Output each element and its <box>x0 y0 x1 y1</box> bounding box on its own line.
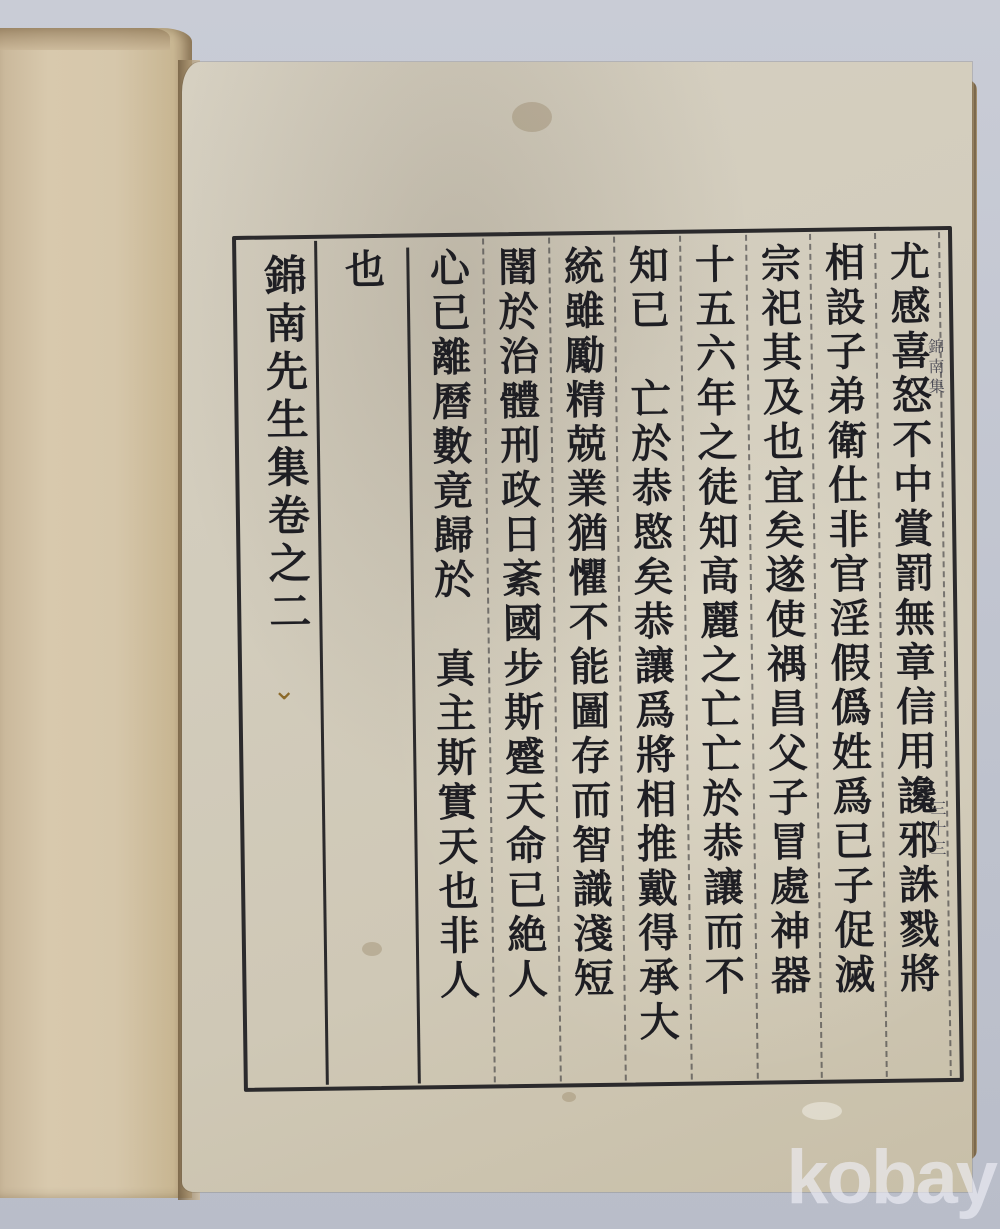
text-column-3: 宗祀其及也宜矣遂使禑昌父子冒處神器 <box>745 242 821 1071</box>
text-column-8: 心已離曆數竟歸於 真主斯實天也非人 <box>414 247 490 1076</box>
paper-wear <box>802 1102 842 1120</box>
paper-stain <box>562 1092 576 1102</box>
column-text: 也 <box>331 248 392 293</box>
text-column-2: 相設子弟衛仕非官淫假僞姓爲已子促滅 <box>809 241 885 1070</box>
column-text: 宗祀其及也宜矣遂使禑昌父子冒處神器 <box>747 242 818 999</box>
page-number: 三十三 <box>926 800 949 860</box>
column-text: 統雖勵精兢業猶懼不能圖存而智識淺短 <box>550 245 621 1002</box>
text-column-9: 也 <box>326 248 408 1077</box>
column-text: 闇於治體刑政日紊國步斯蹙天命已絶人 <box>484 246 555 1003</box>
column-text: 十五六年之徒知高麗之亡亡於恭讓而不 <box>681 243 752 1000</box>
title-column: 錦南先生集卷之二 ⌄ <box>238 243 320 684</box>
paper-stain <box>512 102 552 132</box>
text-column-4: 十五六年之徒知高麗之亡亡於恭讓而不 <box>679 243 755 1072</box>
book-title: 錦南先生集卷之二 <box>252 253 317 638</box>
center-fold-label: 錦南集 <box>924 338 948 398</box>
text-column-5: 知已 亡於恭愍矣恭讓爲將相推戴得承大 <box>613 244 689 1073</box>
column-text: 心已離曆數竟歸於 真主斯實天也非人 <box>416 247 487 1004</box>
printed-text-frame: 錦南先生集卷之二 ⌄ 也 心已離曆數竟歸於 真主斯實天也非人 闇於治體刑政日紊國… <box>232 226 964 1092</box>
text-column-7: 闇於治體刑政日紊國步斯蹙天命已絶人 <box>482 246 558 1075</box>
watermark: kobay <box>786 1134 996 1221</box>
left-page-edge <box>0 28 192 1198</box>
column-text: 相設子弟衛仕非官淫假僞姓爲已子促滅 <box>811 241 882 998</box>
text-column-6: 統雖勵精兢業猶懼不能圖存而智識淺短 <box>548 245 624 1074</box>
column-text: 知已 亡於恭愍矣恭讓爲將相推戴得承大 <box>615 244 686 1046</box>
fishtail-mark: ⌄ <box>272 673 296 706</box>
left-page-top-edge <box>0 28 170 50</box>
